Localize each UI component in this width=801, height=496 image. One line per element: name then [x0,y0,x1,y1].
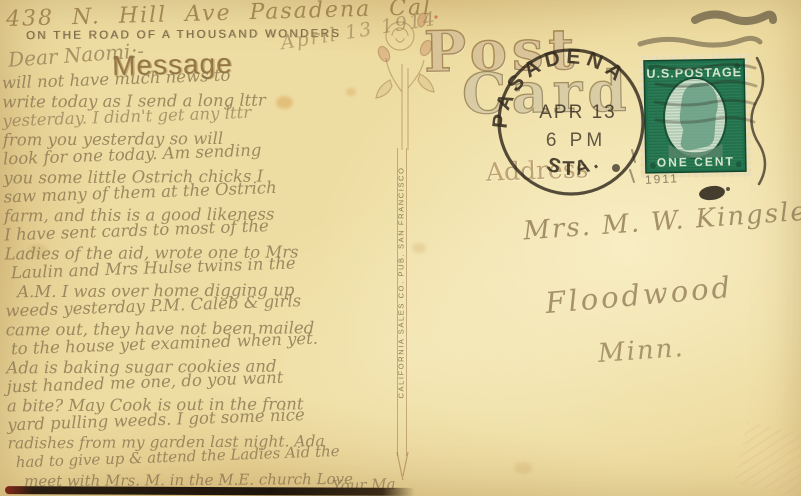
postcard-scan: 438 N. Hill Ave Pasadena Cal ON THE ROAD… [0,0,801,496]
publisher-imprint: CALIFORNIA SALES CO. PUB. SAN FRANCISCO [395,150,408,416]
cancellation-marks [560,0,801,230]
foxing-spot [514,462,532,474]
recipient-city-handwriting: Floodwood [544,270,734,320]
recipient-state-handwriting: Minn. [597,333,686,369]
divider-tip [392,452,414,482]
scan-edge-shadow [5,486,415,496]
scan-smear [734,422,801,496]
